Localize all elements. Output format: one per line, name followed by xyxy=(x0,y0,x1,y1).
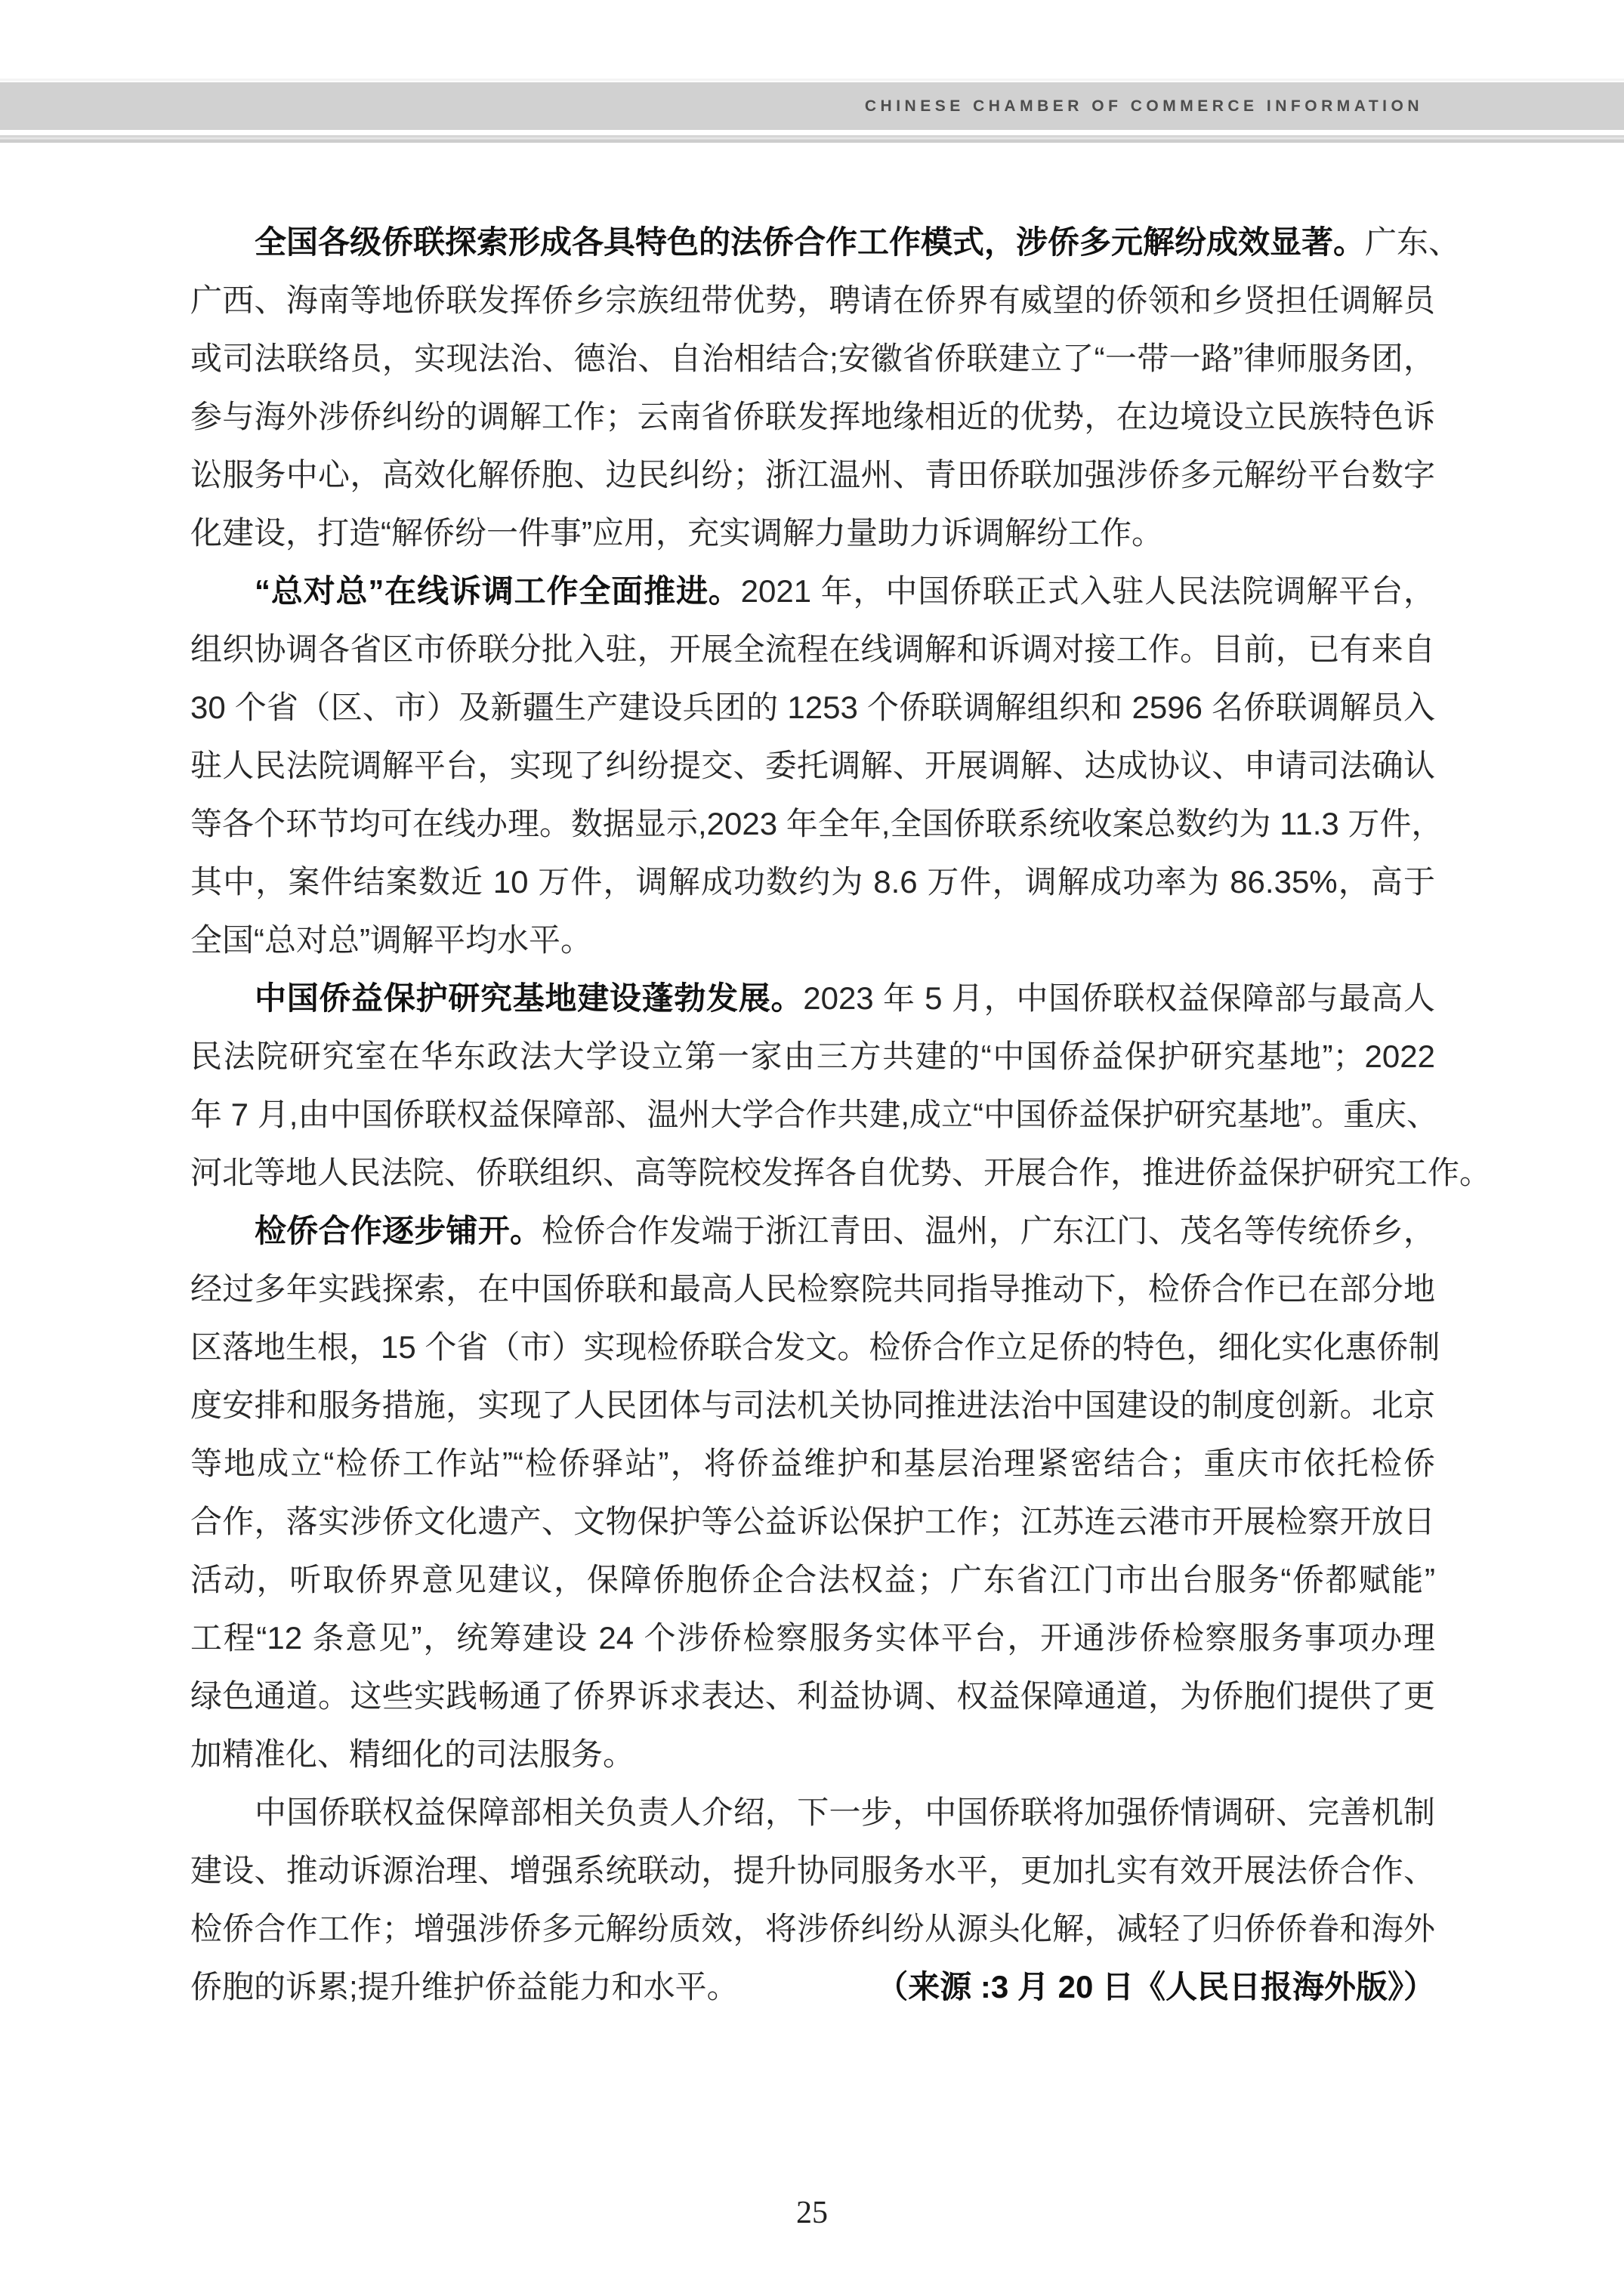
text-line: 化建设，打造“解侨纷一件事”应用，充实调解力量助力诉调解纷工作。 xyxy=(190,504,1435,562)
text-line: 中国侨联权益保障部相关负责人介绍，下一步，中国侨联将加强侨情调研、完善机制 xyxy=(190,1783,1435,1841)
text-line: 广西、海南等地侨联发挥侨乡宗族纽带优势，聘请在侨界有威望的侨领和乡贤担任调解员 xyxy=(190,271,1435,329)
text-line: 活动，听取侨界意见建议，保障侨胞侨企合法权益；广东省江门市出台服务“侨都赋能” xyxy=(190,1551,1435,1609)
text-line: 年 7 月,由中国侨联权益保障部、温州大学合作共建,成立“中国侨益保护研究基地”… xyxy=(190,1085,1435,1143)
text-line: 建设、推动诉源治理、增强系统联动，提升协同服务水平，更加扎实有效开展法侨合作、 xyxy=(190,1841,1435,1900)
bold-lead: 检侨合作逐步铺开。 xyxy=(255,1213,542,1248)
article-body: 全国各级侨联探索形成各具特色的法侨合作工作模式，涉侨多元解纷成效显著。广东、 广… xyxy=(190,213,1435,2016)
line-text: 2021 年，中国侨联正式入驻人民法院调解平台， xyxy=(741,573,1435,609)
text-line: 合作，落实涉侨文化遗产、文物保护等公益诉讼保护工作；江苏连云港市开展检察开放日 xyxy=(190,1492,1435,1551)
paragraph: 中国侨联权益保障部相关负责人介绍，下一步，中国侨联将加强侨情调研、完善机制 建设… xyxy=(190,1783,1435,2016)
line-text: 侨胞的诉累;提升维护侨益能力和水平。 xyxy=(190,1958,739,2016)
text-line: 其中，案件结案数近 10 万件，调解成功数约为 8.6 万件，调解成功率为 86… xyxy=(190,853,1435,911)
paragraph: 全国各级侨联探索形成各具特色的法侨合作工作模式，涉侨多元解纷成效显著。广东、 广… xyxy=(190,213,1435,562)
text-line: 经过多年实践探索，在中国侨联和最高人民检察院共同指导推动下，检侨合作已在部分地 xyxy=(190,1260,1435,1318)
source-citation: （来源 :3 月 20 日《人民日报海外版》） xyxy=(876,1958,1435,2016)
text-line: 加精准化、精细化的司法服务。 xyxy=(190,1725,1435,1783)
paragraph: 检侨合作逐步铺开。检侨合作发端于浙江青田、温州，广东江门、茂名等传统侨乡， 经过… xyxy=(190,1202,1435,1783)
header-top-hairline xyxy=(0,79,1624,81)
line-text: 检侨合作发端于浙江青田、温州，广东江门、茂名等传统侨乡， xyxy=(542,1213,1435,1248)
text-line: 组织协调各省区市侨联分批入驻，开展全流程在线调解和诉调对接工作。目前，已有来自 xyxy=(190,620,1435,678)
text-line: 区落地生根，15 个省（市）实现检侨联合发文。检侨合作立足侨的特色，细化实化惠侨… xyxy=(190,1318,1435,1376)
publication-title: CHINESE CHAMBER OF COMMERCE INFORMATION xyxy=(865,82,1423,130)
text-line: 驻人民法院调解平台，实现了纠纷提交、委托调解、开展调解、达成协议、申请司法确认 xyxy=(190,736,1435,795)
text-line: “总对总”在线诉调工作全面推进。2021 年，中国侨联正式入驻人民法院调解平台， xyxy=(190,562,1435,620)
text-line: 30 个省（区、市）及新疆生产建设兵团的 1253 个侨联调解组织和 2596 … xyxy=(190,678,1435,736)
text-line: 等地成立“检侨工作站”“检侨驿站”，将侨益维护和基层治理紧密结合；重庆市依托检侨 xyxy=(190,1434,1435,1492)
text-line: 讼服务中心，高效化解侨胞、边民纠纷；浙江温州、青田侨联加强涉侨多元解纷平台数字 xyxy=(190,446,1435,504)
text-line: 河北等地人民法院、侨联组织、高等院校发挥各自优势、开展合作，推进侨益保护研究工作… xyxy=(190,1143,1435,1202)
running-header: CHINESE CHAMBER OF COMMERCE INFORMATION xyxy=(0,82,1624,130)
text-line: 全国“总对总”调解平均水平。 xyxy=(190,911,1435,969)
bold-lead: “总对总”在线诉调工作全面推进。 xyxy=(255,573,741,609)
header-divider xyxy=(0,135,1624,143)
text-line: 检侨合作逐步铺开。检侨合作发端于浙江青田、温州，广东江门、茂名等传统侨乡， xyxy=(190,1202,1435,1260)
text-line: 检侨合作工作；增强涉侨多元解纷质效，将涉侨纠纷从源头化解，减轻了归侨侨眷和海外 xyxy=(190,1900,1435,1958)
text-line: 民法院研究室在华东政法大学设立第一家由三方共建的“中国侨益保护研究基地”；202… xyxy=(190,1027,1435,1085)
text-line: 绿色通道。这些实践畅通了侨界诉求表达、利益协调、权益保障通道，为侨胞们提供了更 xyxy=(190,1667,1435,1725)
line-text: 2023 年 5 月，中国侨联权益保障部与最高人 xyxy=(803,980,1435,1016)
text-line: 侨胞的诉累;提升维护侨益能力和水平。 （来源 :3 月 20 日《人民日报海外版… xyxy=(190,1958,1435,2016)
text-line: 全国各级侨联探索形成各具特色的法侨合作工作模式，涉侨多元解纷成效显著。广东、 xyxy=(190,213,1435,271)
text-line: 工程“12 条意见”，统筹建设 24 个涉侨检察服务实体平台，开通涉侨检察服务事… xyxy=(190,1609,1435,1667)
line-text: 广东、 xyxy=(1365,224,1460,260)
text-line: 度安排和服务措施，实现了人民团体与司法机关协同推进法治中国建设的制度创新。北京 xyxy=(190,1376,1435,1434)
paragraph: “总对总”在线诉调工作全面推进。2021 年，中国侨联正式入驻人民法院调解平台，… xyxy=(190,562,1435,969)
text-line: 中国侨益保护研究基地建设蓬勃发展。2023 年 5 月，中国侨联权益保障部与最高… xyxy=(190,969,1435,1027)
bold-lead: 中国侨益保护研究基地建设蓬勃发展。 xyxy=(255,980,803,1016)
text-line: 或司法联络员，实现法治、德治、自治相结合;安徽省侨联建立了“一带一路”律师服务团… xyxy=(190,329,1435,387)
page-number: 25 xyxy=(0,2194,1624,2232)
paragraph: 中国侨益保护研究基地建设蓬勃发展。2023 年 5 月，中国侨联权益保障部与最高… xyxy=(190,969,1435,1202)
text-line: 参与海外涉侨纠纷的调解工作；云南省侨联发挥地缘相近的优势，在边境设立民族特色诉 xyxy=(190,387,1435,446)
bold-lead: 全国各级侨联探索形成各具特色的法侨合作工作模式，涉侨多元解纷成效显著。 xyxy=(255,224,1365,260)
text-line: 等各个环节均可在线办理。数据显示,2023 年全年,全国侨联系统收案总数约为 1… xyxy=(190,795,1435,853)
